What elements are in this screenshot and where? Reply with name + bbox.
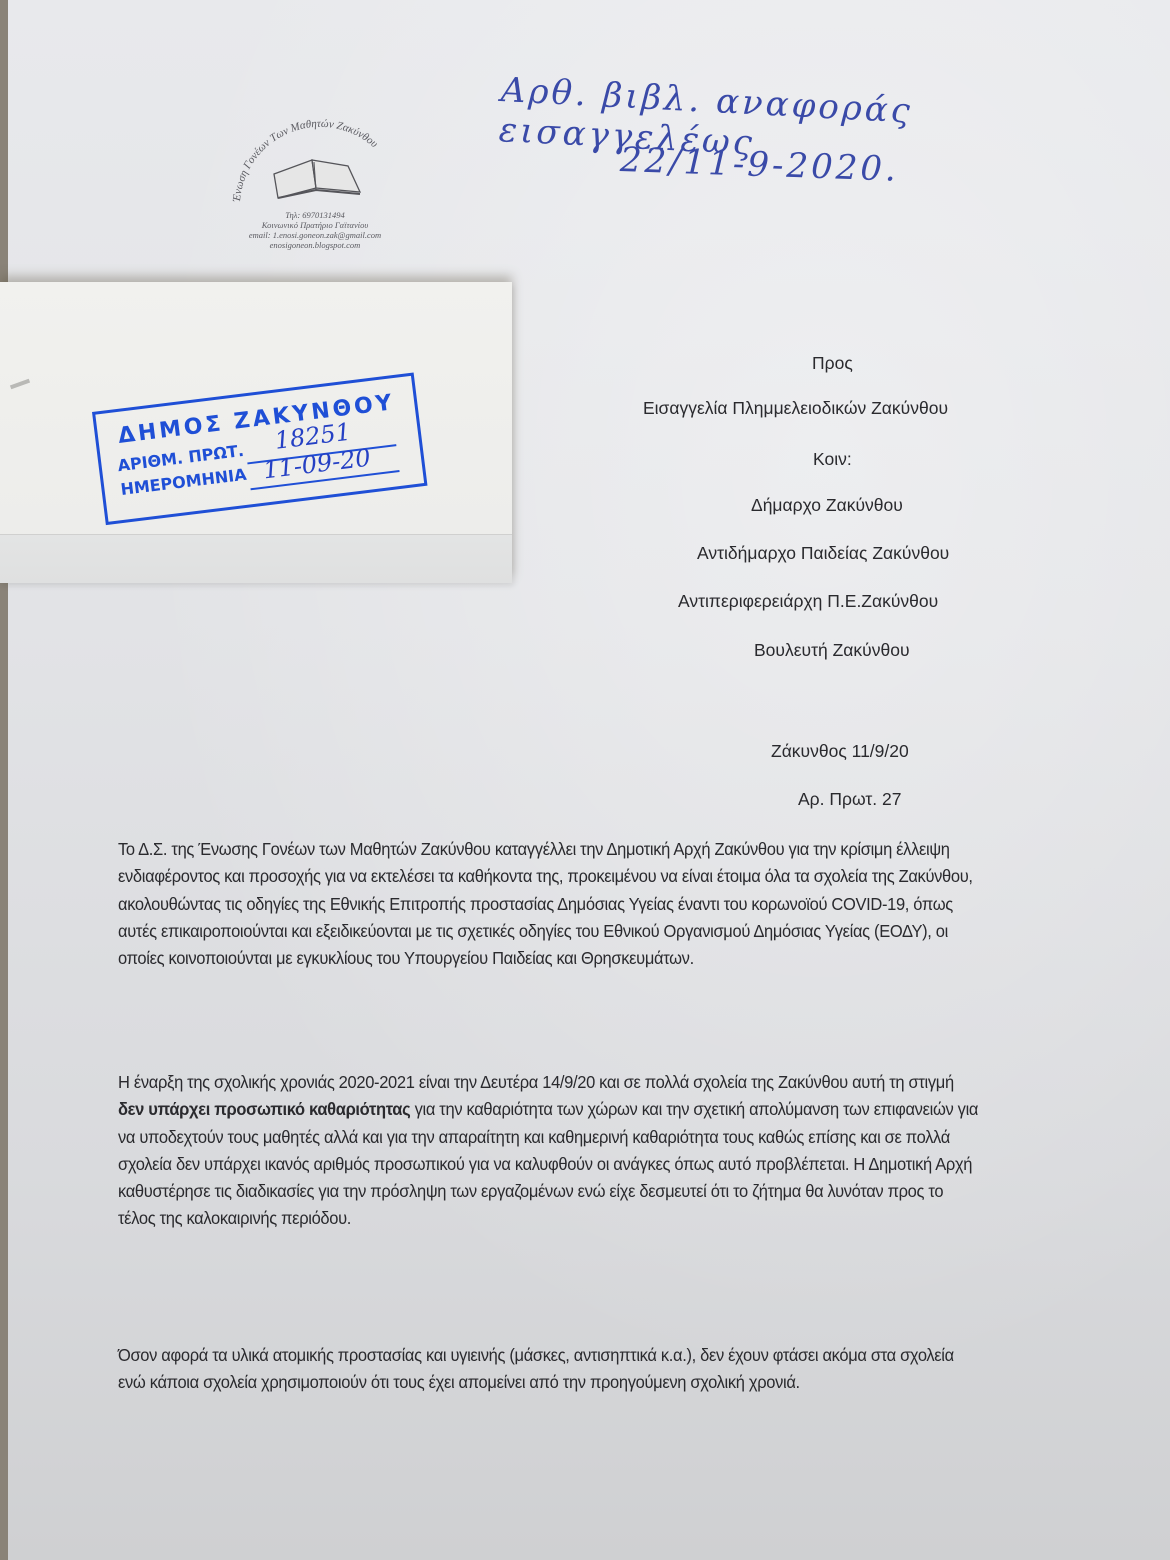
slip-fold bbox=[0, 534, 512, 583]
cc-recipient: Βουλευτή Ζακύνθου bbox=[754, 640, 910, 661]
letter-page bbox=[8, 0, 1170, 1560]
letterhead-blog: enosigoneon.blogspot.com bbox=[210, 240, 420, 250]
to-recipient: Εισαγγελία Πλημμελειοδικών Ζακύνθου bbox=[643, 398, 948, 419]
cc-recipient: Δήμαρχο Ζακύνθου bbox=[751, 495, 903, 516]
paragraph-text: Όσον αφορά τα υλικά ατομικής προστασίας … bbox=[118, 1342, 982, 1397]
body-paragraph-3: Όσον αφορά τα υλικά ατομικής προστασίας … bbox=[118, 1342, 982, 1397]
paragraph-text: Το Δ.Σ. της Ένωσης Γονέων των Μαθητών Ζα… bbox=[118, 836, 982, 972]
emphasis-text: δεν υπάρχει προσωπικό καθαριότητας bbox=[118, 1099, 410, 1119]
letterhead-address: Κοινωνικό Πρατήριο Γαϊτανίου bbox=[210, 220, 420, 230]
to-label: Προς bbox=[812, 353, 853, 374]
paragraph-text: Η έναρξη της σχολικής χρονιάς 2020-2021 … bbox=[118, 1069, 982, 1233]
place-date: Ζάκυνθος 11/9/20 bbox=[771, 741, 909, 762]
protocol-number: Αρ. Πρωτ. 27 bbox=[798, 789, 901, 810]
paragraph-segment: Η έναρξη της σχολικής χρονιάς 2020-2021 … bbox=[118, 1072, 954, 1092]
body-paragraph-2: Η έναρξη της σχολικής χρονιάς 2020-2021 … bbox=[118, 1069, 982, 1233]
body-paragraph-1: Το Δ.Σ. της Ένωσης Γονέων των Μαθητών Ζα… bbox=[118, 836, 982, 972]
letterhead-contact: Τηλ: 6970131494 Κοινωνικό Πρατήριο Γαϊτα… bbox=[210, 210, 420, 250]
letterhead-logo: Ένωση Γονέων Των Μαθητών Ζακύνθου Τηλ: 6… bbox=[210, 92, 420, 272]
cc-recipient: Αντιδήμαρχο Παιδείας Ζακύνθου bbox=[697, 543, 949, 564]
cc-recipient: Αντιπεριφερειάρχη Π.Ε.Ζακύνθου bbox=[678, 591, 938, 612]
letterhead-arc: Ένωση Γονέων Των Μαθητών Ζακύνθου bbox=[210, 92, 420, 222]
open-book-icon bbox=[274, 160, 360, 198]
letterhead-email: email: 1.enosi.goneon.zak@gmail.com bbox=[210, 230, 420, 240]
cc-label: Κοιν: bbox=[813, 449, 852, 470]
slip-smudge bbox=[10, 379, 30, 390]
letterhead-phone: Τηλ: 6970131494 bbox=[210, 210, 420, 220]
